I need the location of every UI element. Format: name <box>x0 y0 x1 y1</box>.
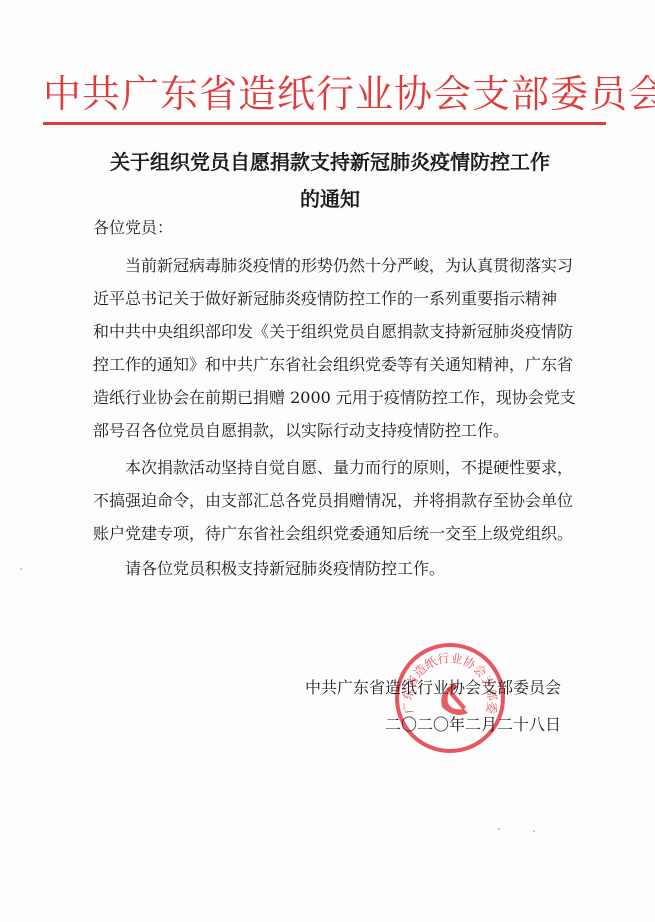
scan-speck <box>533 830 535 832</box>
paragraph-2: 本次捐款活动坚持自觉自愿、量力而行的原则，不提硬性要求， 不搞强迫命令，由支部汇… <box>93 451 563 550</box>
scan-speck <box>498 828 500 830</box>
letterhead-red-rule <box>43 122 606 125</box>
notice-title-line1: 关于组织党员自愿捐款支持新冠肺炎疫情防控工作 <box>60 146 600 175</box>
paragraph-line: 近平总书记关于做好新冠肺炎疫情防控工作的一系列重要指示精神 <box>93 282 563 315</box>
paragraph-line: 和中共中央组织部印发《关于组织党员自愿捐款支持新冠肺炎疫情防 <box>93 315 563 348</box>
official-seal: 中共广东省造纸行业协会支部委员会 <box>395 643 505 753</box>
paragraph-1: 当前新冠病毒肺炎疫情的形势仍然十分严峻，为认真贯彻落实习 近平总书记关于做好新冠… <box>93 249 563 447</box>
paragraph-line: 当前新冠病毒肺炎疫情的形势仍然十分严峻，为认真贯彻落实习 <box>93 249 563 282</box>
salutation: 各位党员： <box>93 217 173 239</box>
paragraph-line: 部号召各位党员自愿捐款，以实际行动支持疫情防控工作。 <box>93 414 563 447</box>
paragraph-line: 本次捐款活动坚持自觉自愿、量力而行的原则，不提硬性要求， <box>93 451 563 484</box>
paragraph-3: 请各位党员积极支持新冠肺炎疫情防控工作。 <box>93 552 563 585</box>
letterhead-org-name: 中共广东省造纸行业协会支部委员会 <box>43 72 605 116</box>
paragraph-line: 请各位党员积极支持新冠肺炎疫情防控工作。 <box>93 552 563 585</box>
scan-speck <box>20 568 22 570</box>
paragraph-line: 账户党建专项，待广东省社会组织党委通知后统一交至上级党组织。 <box>93 517 563 550</box>
paragraph-line: 造纸行业协会在前期已捐赠 2000 元用于疫情防控工作，现协会党支 <box>93 381 563 414</box>
paragraph-line: 控工作的通知》和中共广东省社会组织党委等有关通知精神，广东省 <box>93 348 563 381</box>
document-page: 中共广东省造纸行业协会支部委员会 关于组织党员自愿捐款支持新冠肺炎疫情防控工作 … <box>0 0 655 922</box>
notice-title-line2: 的通知 <box>60 183 600 212</box>
signature-org: 中共广东省造纸行业协会支部委员会 <box>305 675 561 698</box>
paragraph-line: 不搞强迫命令，由支部汇总各党员捐赠情况，并将捐款存至协会单位 <box>93 484 563 517</box>
signature-date: 二〇二〇年二月二十八日 <box>385 712 561 735</box>
